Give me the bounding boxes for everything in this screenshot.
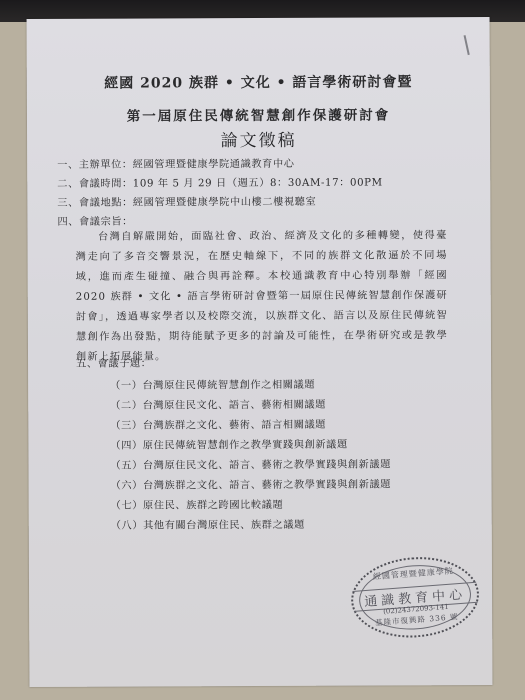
topic-item: （一）台灣原住民傳統智慧創作之相關議題 bbox=[110, 376, 315, 392]
topic-item: （三）台灣族群之文化、藝術、語言相關議題 bbox=[110, 416, 326, 432]
document-subtitle: 第一屆原住民傳統智慧創作保護研討會 bbox=[27, 103, 490, 125]
official-seal-stamp: 經國管理暨健康學院 通識教育中心 (02)24372093-141 基隆市復興路… bbox=[348, 553, 482, 642]
topic-item: （四）原住民傳統智慧創作之教學實踐與創新議題 bbox=[110, 436, 347, 452]
topic-item: （七）原住民、族群之跨國比較議題 bbox=[111, 496, 284, 512]
venue-line: 三、會議地點：經國管理暨健康學院中山樓二樓視聽室 bbox=[57, 193, 316, 209]
time-line: 二、會議時間：109 年 5 月 29 日（週五）8：30AM-17：00PM bbox=[57, 173, 382, 189]
organizer-line: 一、主辦單位：經國管理暨健康學院通識教育中心 bbox=[57, 155, 294, 171]
purpose-paragraph: 台灣自解嚴開始，面臨社會、政治、經濟及文化的多種轉變，使得臺灣走向了多音交響景況… bbox=[75, 226, 448, 368]
topics-label: 五、會議子題： bbox=[76, 354, 152, 369]
topic-item: （八）其他有關台灣原住民、族群之議題 bbox=[111, 516, 305, 532]
topic-item: （五）台灣原住民文化、語言、藝術之教學實踐與創新議題 bbox=[110, 455, 391, 471]
document-heading: 論文徵稿 bbox=[27, 125, 490, 152]
document-page: 經國 2020 族群 • 文化 • 語言學術研討會暨 第一屆原住民傳統智慧創作保… bbox=[27, 17, 493, 687]
purpose-label: 四、會議宗旨： bbox=[57, 213, 133, 228]
topic-item: （二）台灣原住民文化、語言、藝術相關議題 bbox=[110, 396, 326, 412]
document-title: 經國 2020 族群 • 文化 • 語言學術研討會暨 bbox=[27, 71, 490, 93]
pen-mark bbox=[464, 35, 470, 55]
topic-item: （六）台灣族群之文化、語言、藝術之教學實踐與創新議題 bbox=[111, 475, 392, 491]
